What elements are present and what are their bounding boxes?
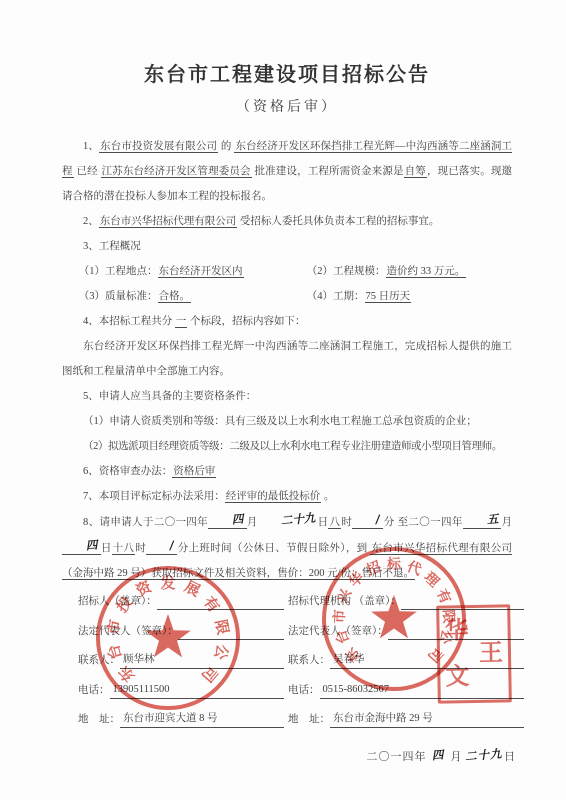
clause-8-text: 分 xyxy=(177,543,188,554)
tenderer-contact-row: 联系人：顾华林 xyxy=(78,650,284,669)
agency-address-label: 地 址： xyxy=(288,711,330,728)
tenderer-stamp-blank xyxy=(157,594,284,610)
handwritten-end-month: 五 xyxy=(463,506,502,534)
clause-6: 6、资格审查办法：资格后审 xyxy=(62,459,512,484)
clause-8-text: 上班时间（公休日、节假日除外），到 xyxy=(189,543,371,554)
construction-period-label: （4）工期： xyxy=(307,291,365,302)
agency-stamp-label: 招标代理机构 （盖章）： xyxy=(288,593,401,610)
quality-standard-value: 合格。 xyxy=(158,291,192,303)
clause-4-text: 4、本招标工程共分 xyxy=(83,316,175,327)
clause-1: 1、东台市投资发展有限公司 的 东台经济开发区环保挡排工程光辉—中沟西涵等二座涵… xyxy=(62,134,512,209)
tenderer-address-row: 地 址：东台市迎宾大道 8 号 xyxy=(78,709,284,728)
agency-address: 东台市金海中路 29 号 xyxy=(330,710,524,728)
project-location: （1）工程地点：东台经济开发区内 xyxy=(79,259,307,284)
handwritten-end-minute: / xyxy=(146,533,177,560)
name-seal-char: 王 xyxy=(479,641,503,665)
clause-8-text: 时 xyxy=(135,543,146,554)
document-date: 二〇一四年 四 月二十九日 xyxy=(367,748,517,764)
clause-1-number: 1、 xyxy=(83,141,99,152)
document-content: 东台市工程建设项目招标公告 （资格后审） 1、东台市投资发展有限公司 的 东台经… xyxy=(62,58,512,586)
document-body: 1、东台市投资发展有限公司 的 东台经济开发区环保挡排工程光辉—中沟西涵等二座涵… xyxy=(62,134,512,586)
tenderer-phone-label: 电话： xyxy=(78,682,110,699)
date-year: 二〇一四年 xyxy=(367,751,431,763)
tender-scope-description: 东台经济开发区环保挡排工程光辉一中沟西涵等二座涵洞工程施工，完成招标人提供的施工… xyxy=(62,334,512,384)
agency-contact-label: 联系人： xyxy=(288,652,330,669)
project-location-value: 东台经济开发区内 xyxy=(158,266,244,278)
bid-section-count: 一 xyxy=(175,316,188,328)
funding-source: 自筹 xyxy=(404,166,427,178)
tenderer-signature-block: 招标人（盖章）： 法定代表人（签章）： 联系人：顾华林 电话：139051115… xyxy=(78,591,284,739)
qualification-requirement-1: （1）申请人资质类别和等级：具有三级及以上水利水电工程施工总承包资质的企业； xyxy=(62,409,512,434)
tenderer-contact-label: 联系人： xyxy=(78,652,120,669)
clause-3-heading: 3、工程概况 xyxy=(62,234,512,259)
agency-address-row: 地 址：东台市金海中路 29 号 xyxy=(288,709,524,728)
overview-row-2: （3）质量标准：合格。 （4）工期：75 日历天 xyxy=(62,284,512,309)
name-seal-char: 华 xyxy=(444,619,468,643)
tenderer-legal-rep-label: 法定代表人（签章）： xyxy=(78,623,178,640)
name-seal-char: 文 xyxy=(445,665,469,689)
handwritten-end-day: 四 xyxy=(62,532,101,560)
date-day-suffix: 日 xyxy=(504,751,516,763)
clause-2-number: 2、 xyxy=(83,216,99,227)
clause-2-text: 受招标人委托具体负责本工程的招标事宜。 xyxy=(237,216,439,227)
document-subtitle: （资格后审） xyxy=(62,96,512,116)
handwritten-start-day: 二十九 xyxy=(257,505,318,535)
handwritten-start-month: 四 xyxy=(208,506,247,534)
handwritten-start-minute: / xyxy=(352,507,383,534)
document-title: 东台市工程建设项目招标公告 xyxy=(62,58,512,87)
tenderer-stamp-row: 招标人（盖章）： xyxy=(78,591,284,610)
project-scale-value: 造价约 33 万元。 xyxy=(386,266,467,278)
tenderer-legal-rep-blank xyxy=(178,624,284,640)
qualification-requirement-2: （2）拟选派项目经理资质等级：二级及以上水利水电工程专业注册建造师或小型项目管理… xyxy=(62,434,512,459)
tenderer-phone-number: 13905111500 xyxy=(110,681,285,699)
tenderer-stamp-label: 招标人（盖章）： xyxy=(78,593,157,610)
construction-period: （4）工期：75 日历天 xyxy=(307,284,512,309)
name-seal-left-column: 华 文 xyxy=(439,608,475,701)
quality-standard-label: （3）质量标准： xyxy=(79,291,158,302)
qualification-review-method: 资格后审 xyxy=(172,466,216,478)
legal-rep-name-seal: 华 文 王 xyxy=(436,604,512,703)
overview-row-1: （1）工程地点：东台经济开发区内 （2）工程规模：造价约 33 万元。 xyxy=(62,259,512,284)
clause-8-text: 日 xyxy=(317,517,328,528)
handwritten-date-month: 四 xyxy=(429,746,447,763)
clause-4-text: 个标段，招标内容如下： xyxy=(187,316,305,327)
clause-5-heading: 5、申请人应当具备的主要资格条件： xyxy=(62,384,512,409)
agency-phone-label: 电话： xyxy=(288,682,320,699)
clause-8-text: 月 xyxy=(501,517,512,528)
scanned-tender-document-page: 东台市工程建设项目招标公告 （资格后审） 1、东台市投资发展有限公司 的 东台经… xyxy=(0,0,566,800)
clause-2: 2、东台市兴华招标代理有限公司 受招标人委托具体负责本工程的招标事宜。 xyxy=(62,209,512,234)
project-location-label: （1）工程地点： xyxy=(79,266,158,277)
clause-1-text: 已经 xyxy=(74,166,101,177)
clause-1-text: 的 xyxy=(218,141,234,152)
clause-8-text: 日 xyxy=(101,543,112,554)
tenderer-contact-name: 顾华林 xyxy=(120,651,284,669)
project-scale: （2）工程规模：造价约 33 万元。 xyxy=(307,259,512,284)
clause-6-label: 6、资格审查办法： xyxy=(83,466,172,477)
date-month-suffix: 月 xyxy=(447,751,463,763)
clause-8-text: 月 xyxy=(247,517,258,528)
clause-7: 7、本项目评标定标办法采用：经评审的最低投标价 。 xyxy=(62,484,512,509)
approval-authority: 江苏东台经济开发区管理委员会 xyxy=(101,166,252,178)
tender-agency-name: 东台市兴华招标代理有限公司 xyxy=(99,216,238,228)
tenderer-address-label: 地 址： xyxy=(78,711,120,728)
clause-7-label: 7、本项目评标定标办法采用： xyxy=(83,491,225,502)
bidder-company-name: 东台市投资发展有限公司 xyxy=(99,141,218,153)
tenderer-address: 东台市迎宾大道 8 号 xyxy=(120,710,284,728)
tenderer-legal-rep-row: 法定代表人（签章）： xyxy=(78,621,284,640)
clause-8-text: 8、请申请人于二〇一四年 xyxy=(83,517,208,528)
clause-8-text: 时 xyxy=(341,517,352,528)
agency-legal-rep-label: 法定代表人（签章）： xyxy=(288,623,388,640)
end-hour: 十八 xyxy=(112,543,136,555)
tenderer-phone-row: 电话：13905111500 xyxy=(78,680,284,699)
name-seal-right-column: 王 xyxy=(473,607,509,700)
evaluation-method: 经评审的最低投标价 xyxy=(225,491,322,503)
construction-period-value: 75 日历天 xyxy=(365,291,412,303)
start-hour: 八 xyxy=(328,517,341,529)
handwritten-date-day: 二十九 xyxy=(462,745,505,765)
clause-8: 8、请申请人于二〇一四年四月二十九日八时/分 至二〇一四年五月四日十八时/分上班… xyxy=(62,509,512,586)
clause-4: 4、本招标工程共分 一 个标段，招标内容如下： xyxy=(62,309,512,334)
clause-8-text: 分 至二〇一四年 xyxy=(383,517,462,528)
clause-1-text: 批准建设，工程所需资金来源是 xyxy=(252,166,404,177)
project-scale-label: （2）工程规模： xyxy=(307,266,386,277)
quality-standard: （3）质量标准：合格。 xyxy=(79,284,307,309)
clause-7-tail: 。 xyxy=(321,491,334,502)
